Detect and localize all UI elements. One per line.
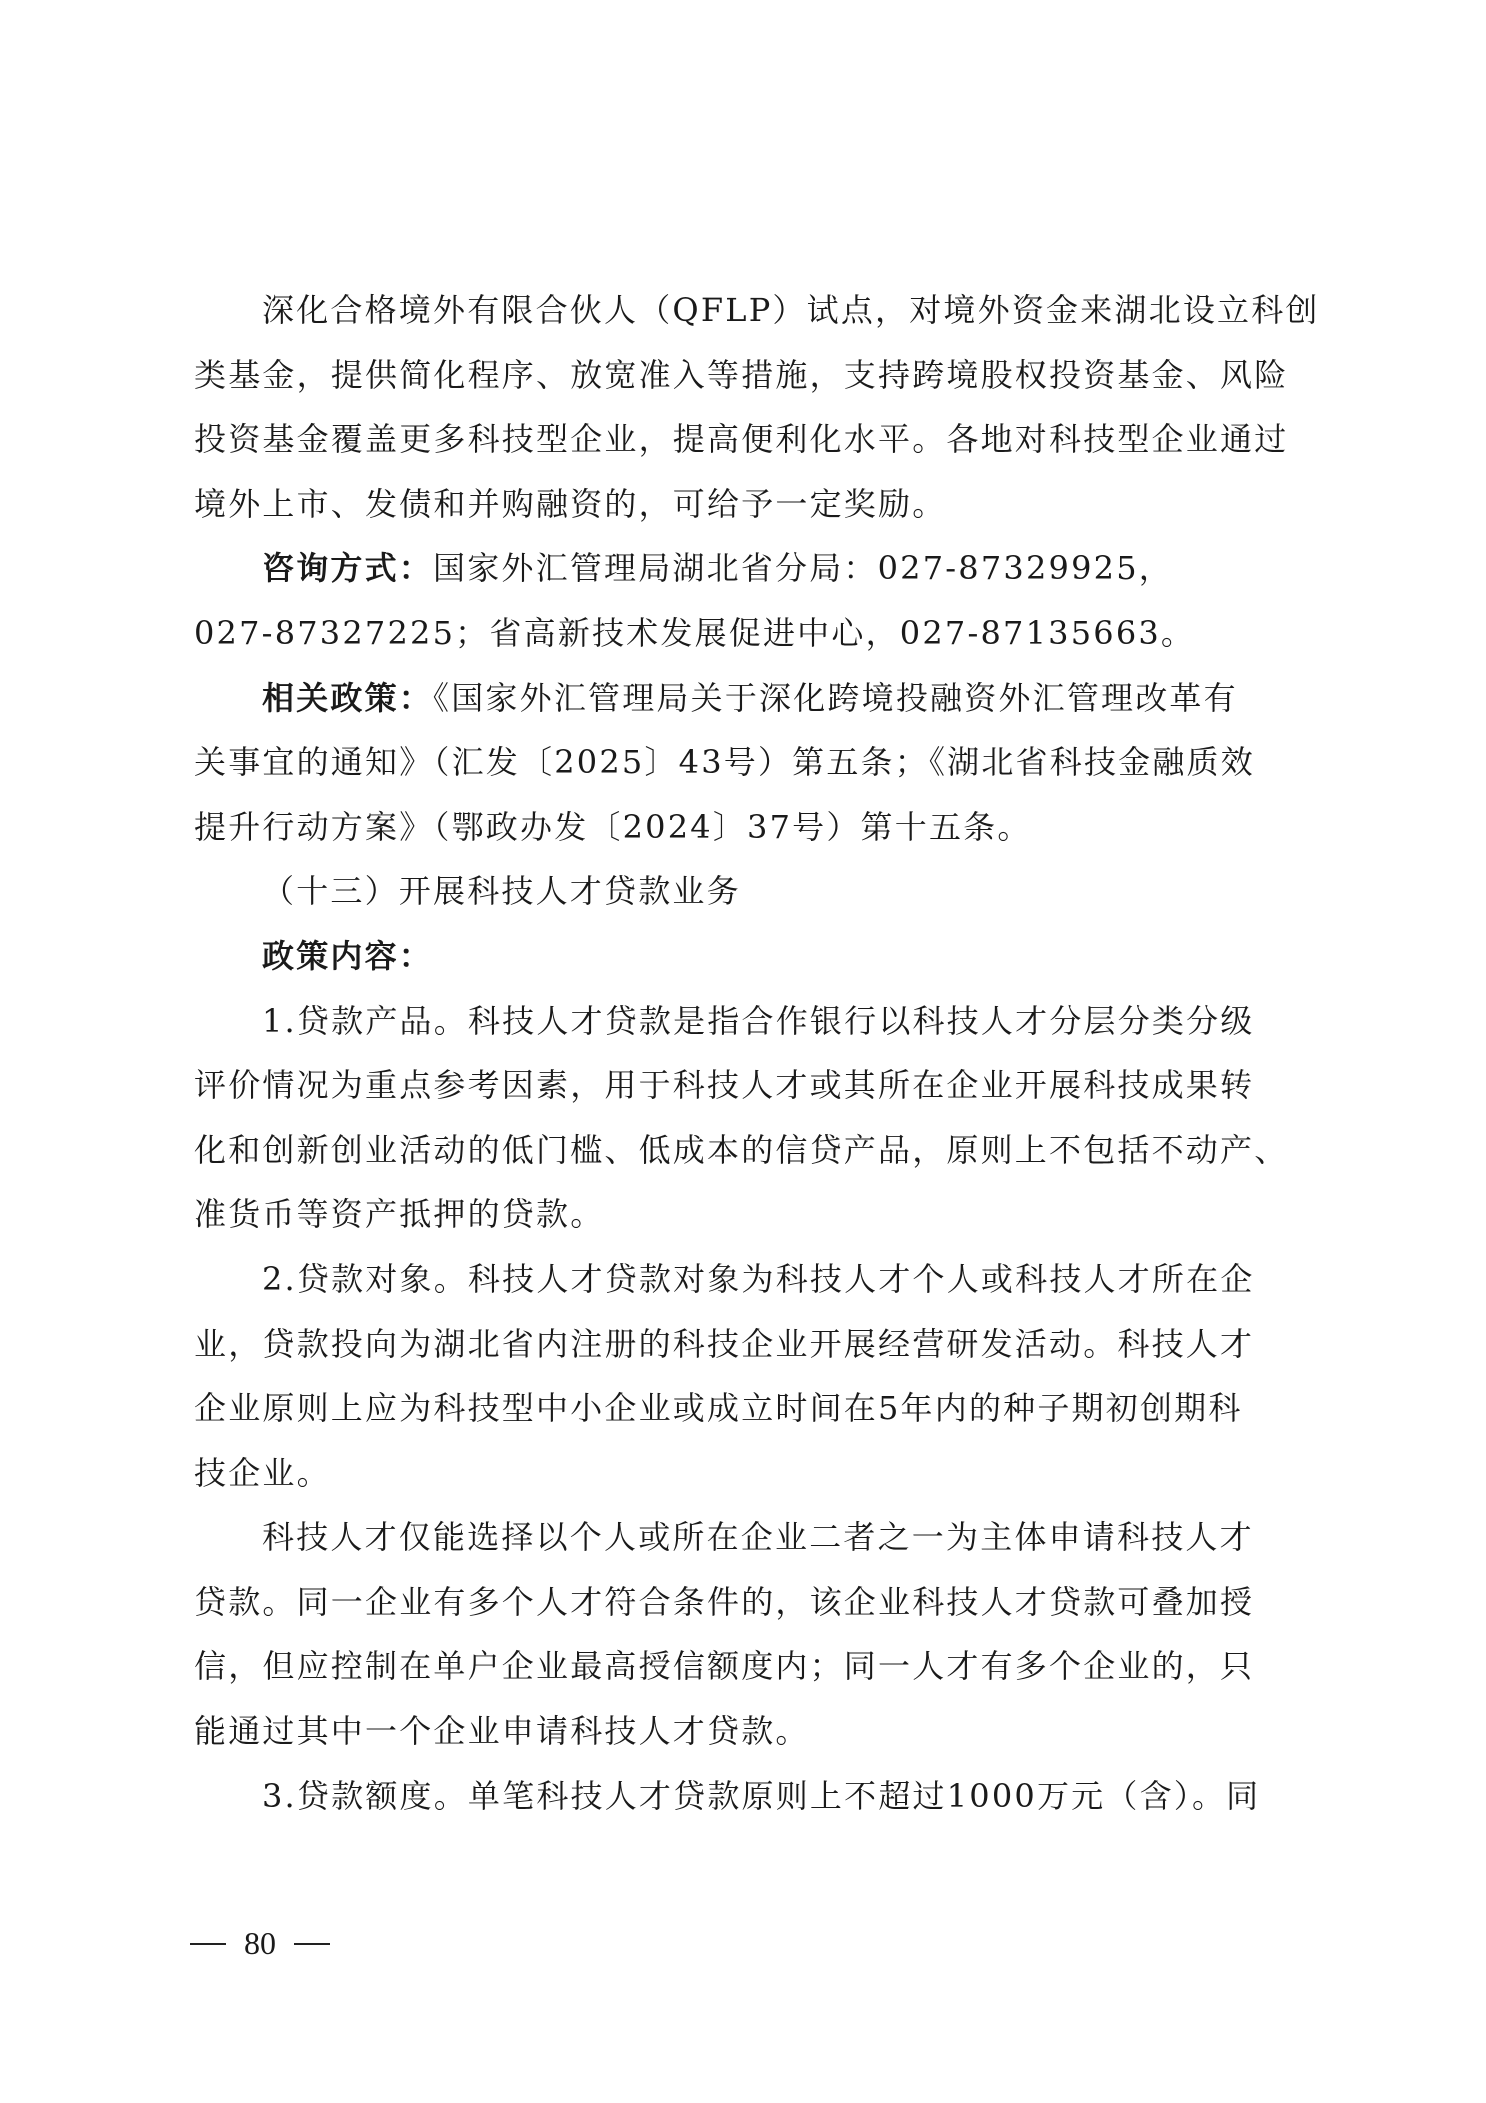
text-line: 咨询方式：国家外汇管理局湖北省分局：027-87329925， <box>194 536 1304 601</box>
text-run: 贷款。同一企业有多个人才符合条件的，该企业科技人才贷款可叠加授 <box>194 1583 1254 1621</box>
text-run: 3.贷款额度。单笔科技人才贷款原则上不超过1000万元（含）。同 <box>262 1777 1260 1815</box>
text-run: （十三）开展科技人才贷款业务 <box>262 872 741 910</box>
text-line: 投资基金覆盖更多科技型企业，提高便利化水平。各地对科技型企业通过 <box>194 407 1304 472</box>
text-run: 1.贷款产品。科技人才贷款是指合作银行以科技人才分层分类分级 <box>262 1002 1255 1040</box>
text-run: 信，但应控制在单户企业最高授信额度内；同一人才有多个企业的，只 <box>194 1647 1254 1685</box>
text-run: 技企业。 <box>194 1454 331 1492</box>
text-line: 化和创新创业活动的低门槛、低成本的信贷产品，原则上不包括不动产、 <box>194 1118 1304 1183</box>
text-run: 投资基金覆盖更多科技型企业，提高便利化水平。各地对科技型企业通过 <box>194 420 1288 458</box>
text-run: 国家外汇管理局湖北省分局：027-87329925， <box>433 549 1173 587</box>
text-run: 评价情况为重点参考因素，用于科技人才或其所在企业开展科技成果转 <box>194 1066 1254 1104</box>
text-line: 类基金，提供简化程序、放宽准入等措施，支持跨境股权投资基金、风险 <box>194 343 1304 408</box>
page-number: 80 <box>244 1925 276 1962</box>
text-line: 3.贷款额度。单笔科技人才贷款原则上不超过1000万元（含）。同 <box>194 1764 1304 1829</box>
text-line: 企业原则上应为科技型中小企业或成立时间在5年内的种子期初创期科 <box>194 1376 1304 1441</box>
text-line: 科技人才仅能选择以个人或所在企业二者之一为主体申请科技人才 <box>194 1505 1304 1570</box>
text-line: 技企业。 <box>194 1441 1304 1506</box>
text-run: 提升行动方案》（鄂政办发〔2024〕37号）第十五条。 <box>194 808 1032 846</box>
text-line: 提升行动方案》（鄂政办发〔2024〕37号）第十五条。 <box>194 795 1304 860</box>
text-run: 2.贷款对象。科技人才贷款对象为科技人才个人或科技人才所在企 <box>262 1260 1255 1298</box>
text-line: 准货币等资产抵押的贷款。 <box>194 1182 1304 1247</box>
text-run: 类基金，提供简化程序、放宽准入等措施，支持跨境股权投资基金、风险 <box>194 356 1288 394</box>
text-line: 深化合格境外有限合伙人（QFLP）试点，对境外资金来湖北设立科创 <box>194 278 1304 343</box>
bold-label: 相关政策： <box>262 679 433 717</box>
text-run: 化和创新创业活动的低门槛、低成本的信贷产品，原则上不包括不动产、 <box>194 1131 1288 1169</box>
text-run: 科技人才仅能选择以个人或所在企业二者之一为主体申请科技人才 <box>262 1518 1254 1556</box>
text-line: 贷款。同一企业有多个人才符合条件的，该企业科技人才贷款可叠加授 <box>194 1570 1304 1635</box>
text-line: 1.贷款产品。科技人才贷款是指合作银行以科技人才分层分类分级 <box>194 989 1304 1054</box>
bold-label: 政策内容： <box>262 937 433 975</box>
text-run: 业，贷款投向为湖北省内注册的科技企业开展经营研发活动。科技人才 <box>194 1325 1254 1363</box>
text-line: 评价情况为重点参考因素，用于科技人才或其所在企业开展科技成果转 <box>194 1053 1304 1118</box>
text-line: 能通过其中一个企业申请科技人才贷款。 <box>194 1699 1304 1764</box>
text-line: 境外上市、发债和并购融资的，可给予一定奖励。 <box>194 472 1304 537</box>
text-line: 政策内容： <box>194 924 1304 989</box>
text-run: 准货币等资产抵押的贷款。 <box>194 1195 604 1233</box>
bold-label: 咨询方式： <box>262 549 433 587</box>
text-run: 企业原则上应为科技型中小企业或成立时间在5年内的种子期初创期科 <box>194 1389 1243 1427</box>
text-run: 境外上市、发债和并购融资的，可给予一定奖励。 <box>194 485 946 523</box>
text-line: 信，但应控制在单户企业最高授信额度内；同一人才有多个企业的，只 <box>194 1634 1304 1699</box>
text-line: 2.贷款对象。科技人才贷款对象为科技人才个人或科技人才所在企 <box>194 1247 1304 1312</box>
text-run: 027-87327225；省高新技术发展促进中心，027-87135663。 <box>194 614 1195 652</box>
page-footer: 80 <box>190 1925 330 1962</box>
text-run: 能通过其中一个企业申请科技人才贷款。 <box>194 1712 810 1750</box>
text-run: 关事宜的通知》（汇发〔2025〕43号）第五条；《湖北省科技金融质效 <box>194 743 1255 781</box>
text-line: （十三）开展科技人才贷款业务 <box>194 859 1304 924</box>
text-line: 业，贷款投向为湖北省内注册的科技企业开展经营研发活动。科技人才 <box>194 1312 1304 1377</box>
right-dash <box>294 1943 330 1945</box>
text-run: 《国家外汇管理局关于深化跨境投融资外汇管理改革有 <box>433 679 1238 717</box>
text-line: 相关政策：《国家外汇管理局关于深化跨境投融资外汇管理改革有 <box>194 666 1304 731</box>
document-page: 深化合格境外有限合伙人（QFLP）试点，对境外资金来湖北设立科创类基金，提供简化… <box>0 0 1486 2103</box>
text-run: 深化合格境外有限合伙人（QFLP）试点，对境外资金来湖北设立科创 <box>262 291 1320 329</box>
text-line: 027-87327225；省高新技术发展促进中心，027-87135663。 <box>194 601 1304 666</box>
left-dash <box>190 1943 226 1945</box>
text-line: 关事宜的通知》（汇发〔2025〕43号）第五条；《湖北省科技金融质效 <box>194 730 1304 795</box>
body-text: 深化合格境外有限合伙人（QFLP）试点，对境外资金来湖北设立科创类基金，提供简化… <box>194 278 1304 1828</box>
